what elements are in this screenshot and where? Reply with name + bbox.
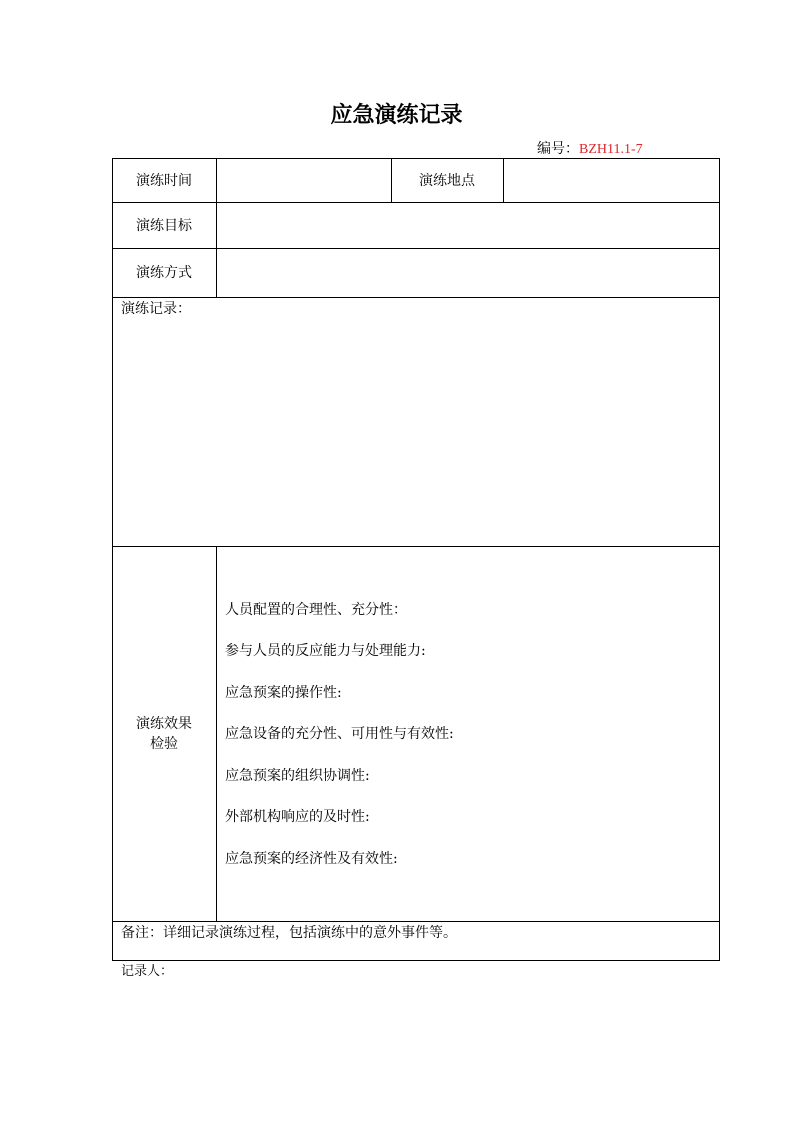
check-item-equipment: 应急设备的充分性、可用性与有效性: xyxy=(225,724,454,744)
document-number-value: BZH11.1-7 xyxy=(579,142,643,157)
drill-effect-check-label-line2: 检验 xyxy=(112,734,216,754)
check-item-staffing: 人员配置的合理性、充分性： xyxy=(225,600,407,620)
remarks-text: 备注：详细记录演练过程，包括演练中的意外事件等。 xyxy=(121,923,457,943)
table-row-divider xyxy=(112,297,720,298)
drill-time-field[interactable] xyxy=(218,160,390,202)
drill-method-label: 演练方式 xyxy=(112,263,216,283)
drill-location-label: 演练地点 xyxy=(391,171,503,191)
check-item-economy: 应急预案的经济性及有效性: xyxy=(225,849,398,869)
drill-record-field[interactable] xyxy=(114,320,718,545)
table-col-divider xyxy=(216,546,217,922)
drill-method-field[interactable] xyxy=(218,250,718,297)
table-border-right xyxy=(719,158,720,961)
drill-time-label: 演练时间 xyxy=(112,171,216,191)
document-number: 编号：BZH11.1-7 xyxy=(537,139,643,160)
drill-record-label: 演练记录： xyxy=(121,299,191,319)
drill-effect-check-label-line1: 演练效果 xyxy=(112,714,216,734)
table-border-bottom xyxy=(112,960,720,961)
drill-effect-check-label: 演练效果 检验 xyxy=(112,714,216,754)
check-item-response-capability: 参与人员的反应能力与处理能力: xyxy=(225,641,426,661)
drill-goal-field[interactable] xyxy=(218,204,718,248)
check-item-operability: 应急预案的操作性: xyxy=(225,683,342,703)
document-title: 应急演练记录 xyxy=(0,101,793,131)
drill-goal-label: 演练目标 xyxy=(112,216,216,236)
document-number-label: 编号： xyxy=(537,141,579,157)
check-item-coordination: 应急预案的组织协调性: xyxy=(225,766,370,786)
check-item-external-response: 外部机构响应的及时性: xyxy=(225,807,370,827)
table-row-divider xyxy=(112,546,720,547)
recorder-label: 记录人： xyxy=(121,962,173,982)
drill-location-field[interactable] xyxy=(505,160,718,202)
